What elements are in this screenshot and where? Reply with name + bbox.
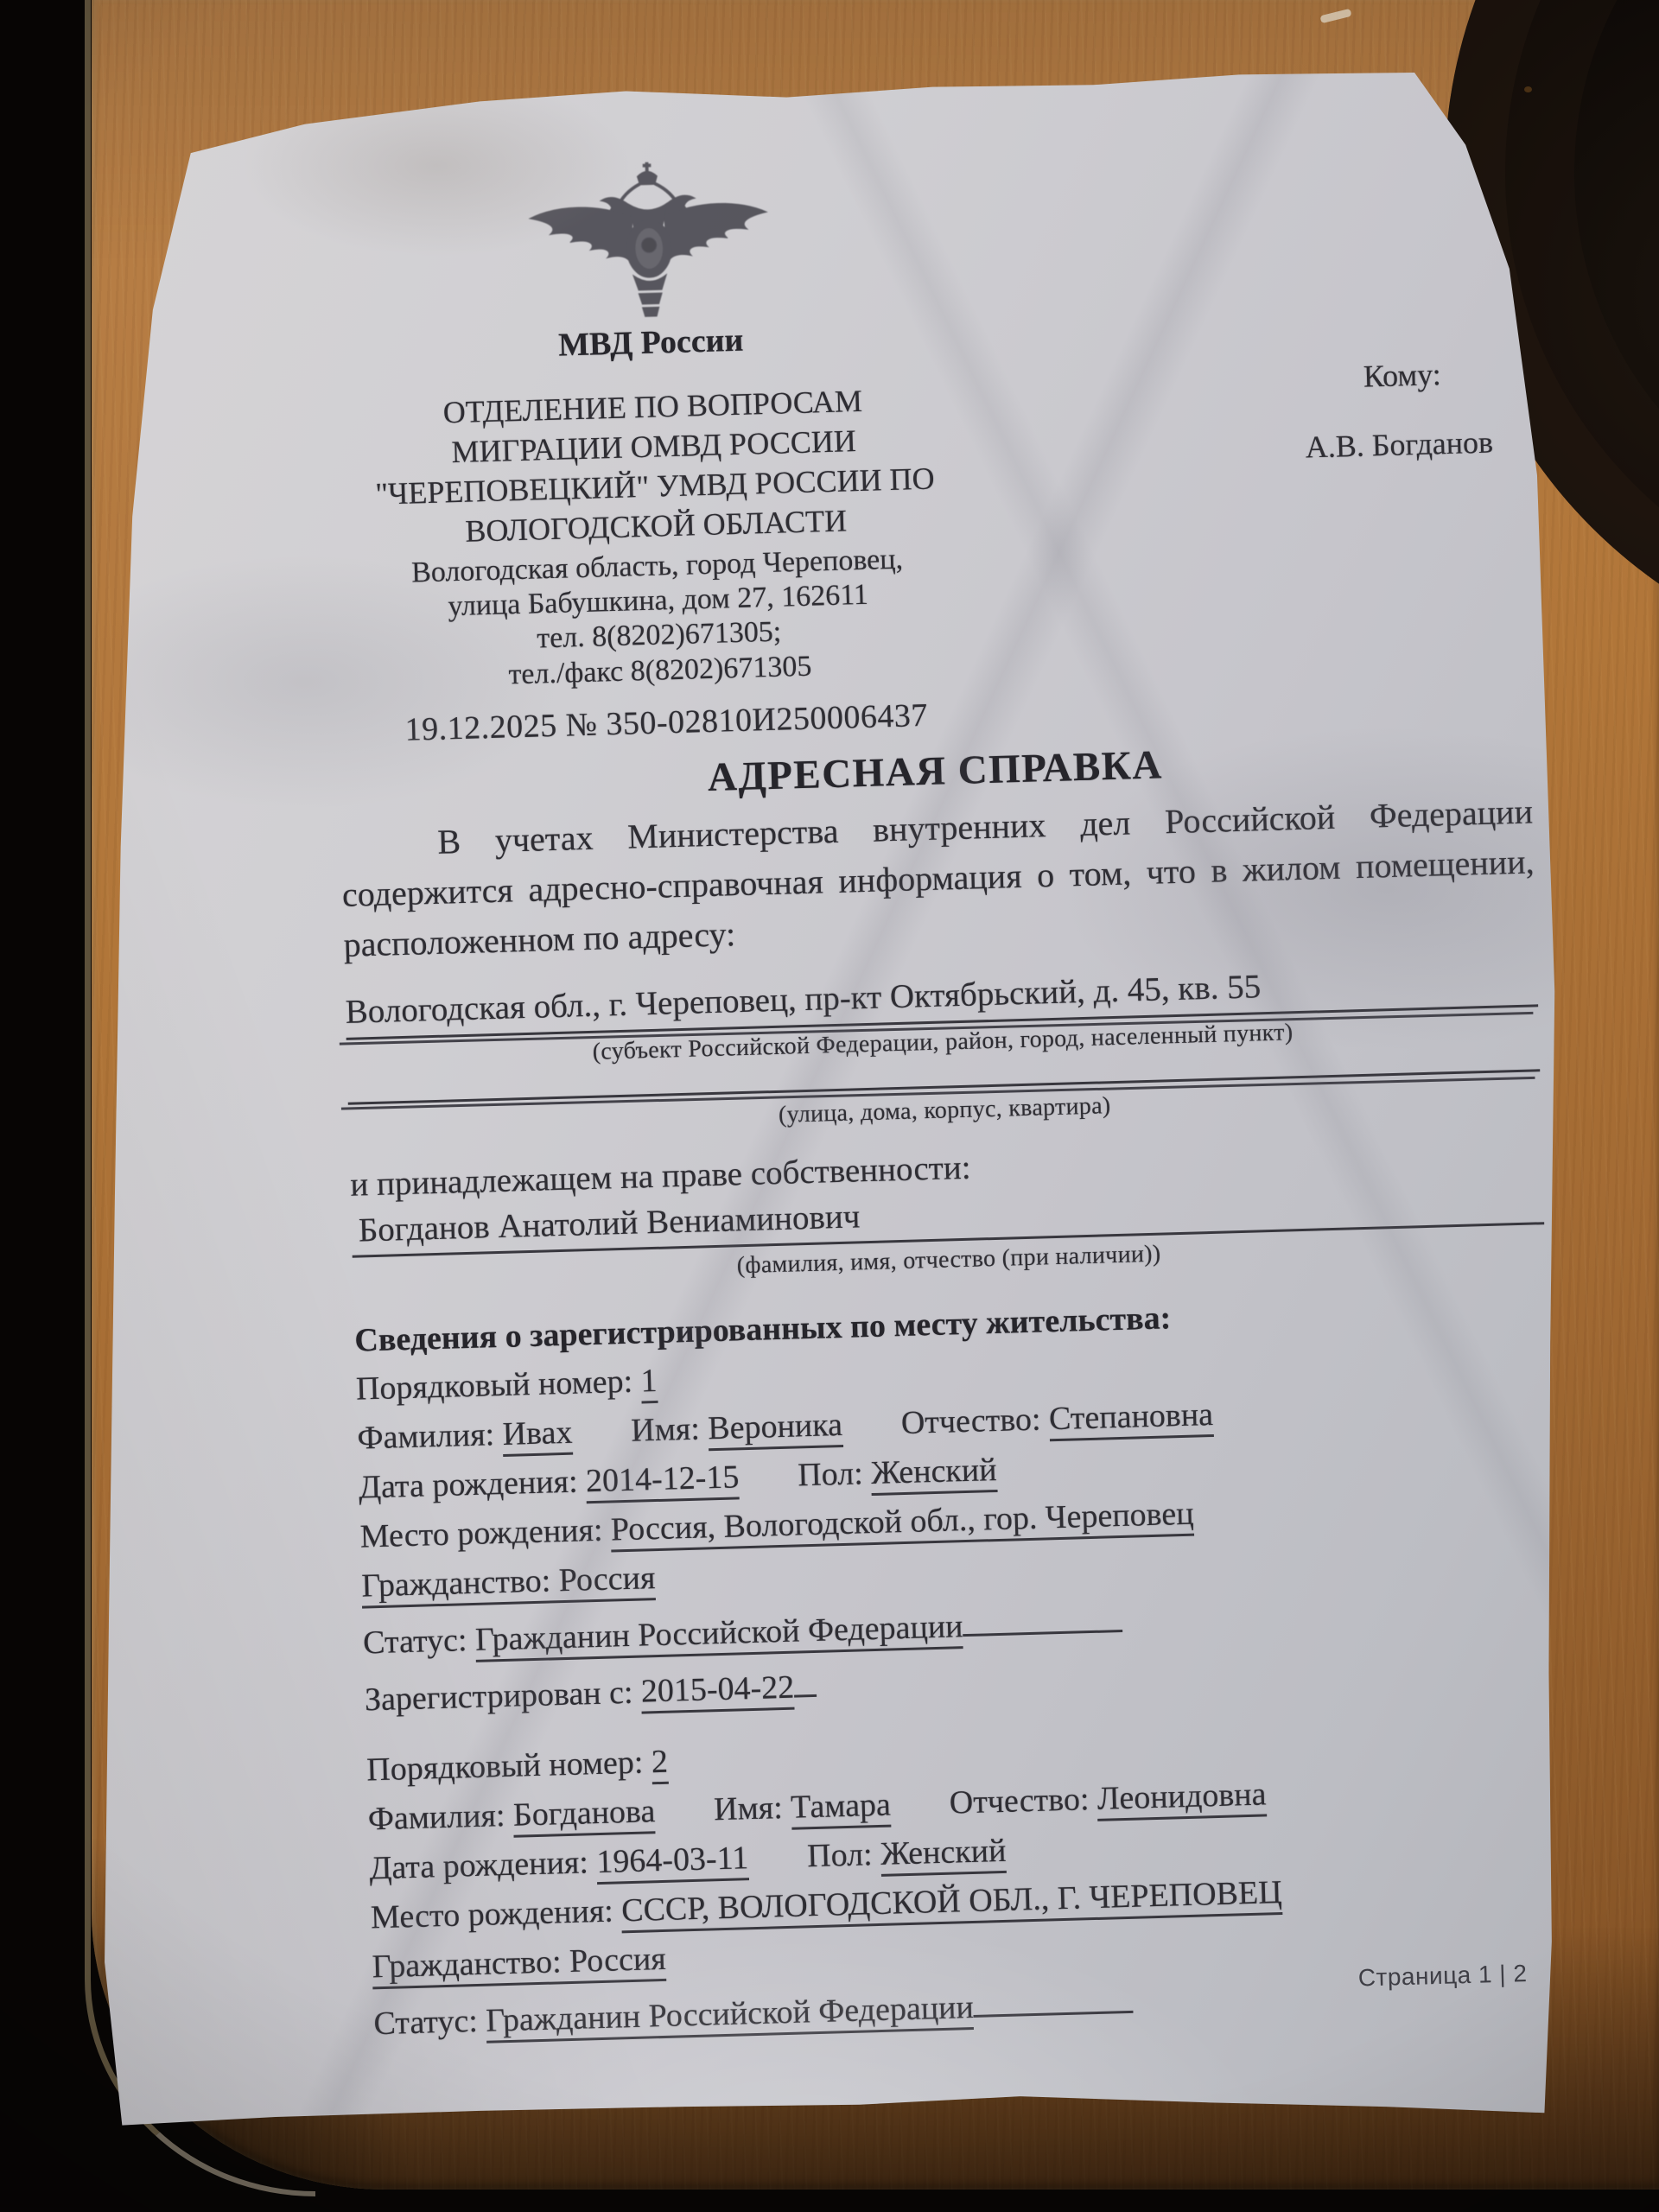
registrant-record: Порядковый номер: 1 Фамилия: ИвахИмя: Ве…: [355, 1337, 1557, 1719]
sex-value: Женский: [871, 1452, 998, 1496]
patronymic-value: Леонидовна: [1096, 1777, 1267, 1821]
ordinal-label: Порядковый номер:: [366, 1745, 644, 1789]
sex-label: Пол:: [807, 1837, 874, 1875]
citizenship-value: Россия: [569, 1941, 666, 1980]
owner-name: Богданов Анатолий Вениаминович: [358, 1198, 861, 1249]
page-indicator: Страница 1 | 2: [1357, 1960, 1527, 1992]
citizenship-value: Россия: [558, 1560, 656, 1599]
underline-extension: [973, 1976, 1134, 2018]
registrant-record: Порядковый номер: 2 Фамилия: БогдановаИм…: [366, 1718, 1567, 2043]
ordinal-value: 2: [651, 1744, 668, 1785]
addressee-block: Кому: А.В. Богданов: [1162, 355, 1493, 470]
underline-extension: [793, 1660, 817, 1698]
address-value: Вологодская обл., г. Череповец, пр-кт Ок…: [345, 968, 1262, 1031]
dob-label: Дата рождения:: [359, 1463, 579, 1505]
addressee-label: Кому:: [1162, 356, 1441, 400]
citizenship-pair: Гражданство: Россия: [361, 1560, 656, 1608]
dob-label: Дата рождения:: [369, 1845, 589, 1887]
birthplace-label: Место рождения:: [359, 1511, 603, 1554]
surname-value: Ивах: [502, 1414, 573, 1456]
name-value: Тамара: [791, 1787, 892, 1830]
citizenship-label: Гражданство:: [361, 1562, 551, 1604]
status-label: Статус:: [363, 1622, 467, 1661]
registered-since-label: Зарегистрирован с:: [364, 1674, 633, 1718]
ordinal-value: 1: [640, 1363, 658, 1404]
birthplace-value: Россия, Вологодской обл., гор. Череповец: [610, 1495, 1194, 1552]
mvd-emblem-icon: [510, 158, 787, 332]
photo-of-document: { "header": { "ministry": "МВД России", …: [0, 0, 1659, 2212]
name-value: Вероника: [708, 1407, 843, 1451]
photo-scene: МВД России ОТДЕЛЕНИЕ ПО ВОПРОСАМ МИГРАЦИ…: [0, 0, 1659, 2212]
dob-value: 1964-03-11: [596, 1840, 749, 1885]
status-value: Гражданин Российской Федерации: [486, 1989, 975, 2044]
document-content: МВД России ОТДЕЛЕНИЕ ПО ВОПРОСАМ МИГРАЦИ…: [78, 41, 1595, 2145]
patronymic-label: Отчество:: [949, 1782, 1090, 1821]
wood-speck: [1524, 86, 1532, 92]
addressee-name: А.В. Богданов: [1305, 425, 1493, 465]
registered-since-value: 2015-04-22: [640, 1669, 795, 1714]
document-page: МВД России ОТДЕЛЕНИЕ ПО ВОПРОСАМ МИГРАЦИ…: [100, 62, 1560, 2127]
citizenship-label: Гражданство:: [372, 1944, 562, 1986]
letterhead: МВД России ОТДЕЛЕНИЕ ПО ВОПРОСАМ МИГРАЦИ…: [322, 153, 985, 696]
intro-paragraph: В учетах Министерства внутренних дел Рос…: [340, 786, 1536, 969]
citizenship-pair: Гражданство: Россия: [372, 1941, 666, 1989]
ordinal-label: Порядковый номер:: [355, 1363, 632, 1407]
underline-extension: [963, 1595, 1123, 1637]
status-value: Гражданин Российской Федерации: [474, 1608, 963, 1662]
sex-label: Пол:: [798, 1455, 864, 1493]
status-label: Статус:: [373, 2003, 478, 2042]
surname-label: Фамилия:: [357, 1416, 495, 1456]
name-label: Имя:: [714, 1790, 784, 1828]
surname-label: Фамилия:: [367, 1797, 505, 1837]
org-name-block: ОТДЕЛЕНИЕ ПО ВОПРОСАМ МИГРАЦИИ ОМВД РОСС…: [328, 378, 981, 555]
org-contact-block: Вологодская область, город Череповец, ул…: [333, 540, 984, 696]
birthplace-value: СССР, ВОЛОГОДСКОЙ ОБЛ., Г. ЧЕРЕПОВЕЦ: [621, 1874, 1283, 1933]
sex-value: Женский: [880, 1833, 1007, 1877]
surname-value: Богданова: [512, 1794, 656, 1839]
patronymic-label: Отчество:: [900, 1401, 1041, 1440]
dob-value: 2014-12-15: [585, 1459, 740, 1503]
birthplace-label: Место рождения:: [371, 1893, 614, 1936]
street-caption: (улица, дома, корпус, квартира): [348, 1080, 1541, 1141]
patronymic-value: Степановна: [1048, 1396, 1213, 1441]
name-label: Имя:: [631, 1410, 701, 1448]
